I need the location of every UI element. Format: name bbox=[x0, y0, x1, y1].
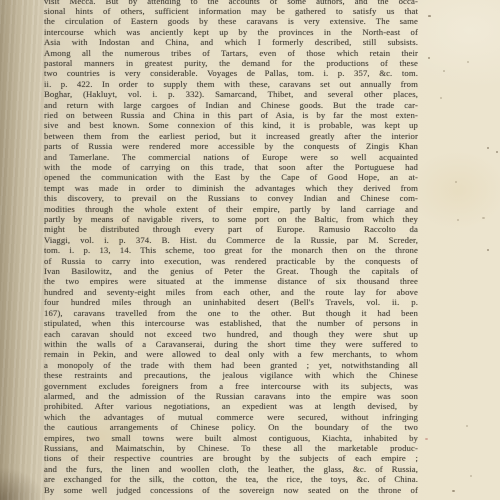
paper-speck bbox=[496, 151, 498, 153]
text-line: sive and best known. Some connexion of t… bbox=[44, 120, 418, 130]
text-line: prohibited. After various negotiations, … bbox=[44, 401, 418, 411]
text-line: with the mode of carrying on this trade,… bbox=[44, 162, 418, 172]
paper-speck bbox=[467, 61, 469, 63]
text-line: stipulated, when this intercourse was es… bbox=[44, 318, 418, 328]
text-line: four hundred miles through an uninhabite… bbox=[44, 297, 418, 307]
text-line: empires, two small towns were built almo… bbox=[44, 433, 418, 443]
text-line: remain in Pekin, and were allowed to dea… bbox=[44, 349, 418, 359]
text-line: partly by means of navigable rivers, to … bbox=[44, 214, 418, 224]
text-line: Ivan Basilowitz, and the genius of Peter… bbox=[44, 266, 418, 276]
text-line: and the furs, the linen and woollen clot… bbox=[44, 464, 418, 474]
text-line: opened the communication with the East b… bbox=[44, 172, 418, 182]
page-text-block: visit Mecca. But by attending to the acc… bbox=[44, 0, 418, 495]
paper-speck bbox=[487, 249, 489, 251]
text-line: tions of their respective countries are … bbox=[44, 453, 418, 463]
text-line: between them from the earliest period, b… bbox=[44, 131, 418, 141]
paper-speck bbox=[455, 181, 457, 183]
text-line: might be distributed through every part … bbox=[44, 224, 418, 234]
text-line: 167), caravans travelled from the one to… bbox=[44, 308, 418, 318]
text-line: a monopoly of the trade with them had be… bbox=[44, 360, 418, 370]
text-line: are exchanged for the silk, the cotton, … bbox=[44, 474, 418, 484]
text-line: within the walls of a Caravanserai, duri… bbox=[44, 339, 418, 349]
text-line: Russians, and Maimatschin, by Chinese. T… bbox=[44, 443, 418, 453]
paper-speck bbox=[487, 147, 489, 149]
text-line: each caravan should not exceed two hundr… bbox=[44, 329, 418, 339]
text-line: tempt was made in order to diminish the … bbox=[44, 183, 418, 193]
text-line: sional hints of others, sufficient infor… bbox=[44, 6, 418, 16]
paper-speck bbox=[425, 438, 428, 440]
paper-speck bbox=[428, 57, 430, 59]
text-line: and Tamerlane. The commercial nations of… bbox=[44, 152, 418, 162]
text-line: ii. p. 422. In order to supply them with… bbox=[44, 79, 418, 89]
text-line: of Russia to carry into execution, was r… bbox=[44, 256, 418, 266]
paper-speck bbox=[452, 490, 455, 492]
text-line: the circulation of Eastern goods by thes… bbox=[44, 16, 418, 26]
text-line: these restraints and precautions, the je… bbox=[44, 370, 418, 380]
text-line: hundred and seventy-eight miles from eac… bbox=[44, 287, 418, 297]
text-line: ried on between Russia and China in this… bbox=[44, 110, 418, 120]
paper-speck bbox=[410, 363, 412, 365]
text-line: Viaggi, vol. i. p. 374. B. Hist. du Comm… bbox=[44, 235, 418, 245]
text-line: By some well judged concessions of the s… bbox=[44, 485, 418, 495]
text-line: Boghar, (Hakluyt, vol. i. p. 332). Samar… bbox=[44, 89, 418, 99]
text-line: intercourse which was anciently kept up … bbox=[44, 27, 418, 37]
paper-speck bbox=[428, 15, 431, 17]
text-line: which the advantages of mutual commerce … bbox=[44, 412, 418, 422]
paper-speck bbox=[457, 219, 459, 221]
paper-speck bbox=[482, 217, 485, 219]
text-line: modities through the whole extent of the… bbox=[44, 204, 418, 214]
text-line: Among all the numerous tribes of Tartars… bbox=[44, 48, 418, 58]
scanned-page: visit Mecca. But by attending to the acc… bbox=[0, 0, 500, 500]
text-line: this discovery, to prevail on the Russia… bbox=[44, 193, 418, 203]
text-line: alarmed, and the admission of the Russia… bbox=[44, 391, 418, 401]
text-line: tom. i. p. 13, 14. This scheme, too grea… bbox=[44, 245, 418, 255]
paper-speck bbox=[466, 425, 468, 427]
paper-speck bbox=[443, 70, 445, 72]
text-line: parts of Russia were rendered more acces… bbox=[44, 141, 418, 151]
text-line: the cautious arrangements of Chinese pol… bbox=[44, 422, 418, 432]
text-line: and return with large cargoes of Indian … bbox=[44, 100, 418, 110]
text-line: Asia with Indostan and China, and which … bbox=[44, 37, 418, 47]
paper-speck bbox=[440, 97, 442, 99]
page-gutter-shadow bbox=[0, 0, 46, 500]
text-line: government excludes foreigners from a fr… bbox=[44, 381, 418, 391]
text-line: pastoral manners in greatest purity, the… bbox=[44, 58, 418, 68]
text-line: two countries is very considerable. Voya… bbox=[44, 68, 418, 78]
text-line: the two empires were situated at the imm… bbox=[44, 276, 418, 286]
paper-speck bbox=[470, 475, 472, 477]
